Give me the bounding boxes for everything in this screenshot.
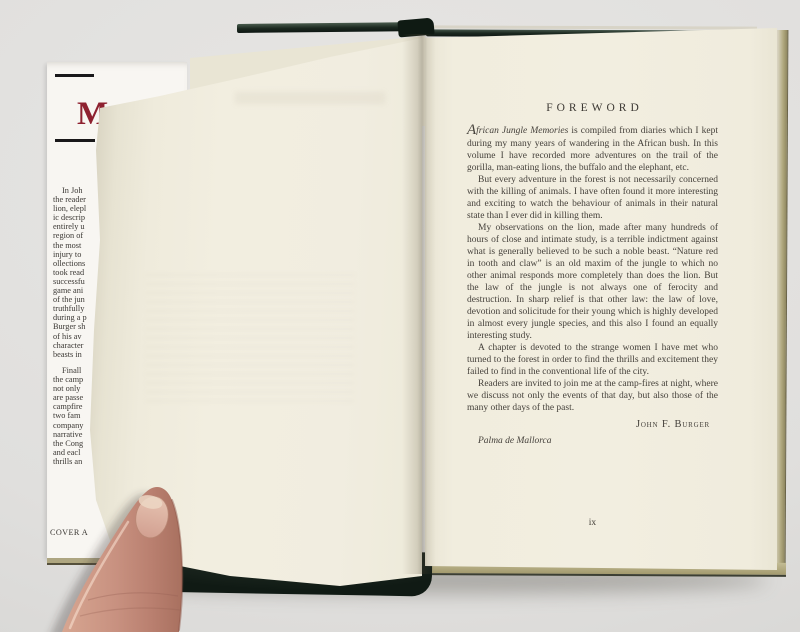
foreword-paragraph: But every adventure in the forest is not… — [467, 174, 718, 222]
page-number: ix — [467, 518, 718, 528]
foreword-paragraph: African Jungle Memories is compiled from… — [467, 123, 718, 174]
show-through-texture — [145, 274, 355, 404]
foreword-paragraph: Readers are invited to join me at the ca… — [467, 378, 718, 414]
flap-rule-top — [55, 74, 94, 77]
cover-spine-corner — [397, 17, 434, 37]
foreword-text-block: FOREWORD African Jungle Memories is comp… — [467, 102, 718, 447]
foreword-paragraph: A chapter is devoted to the strange wome… — [467, 342, 718, 378]
page-title: FOREWORD — [467, 102, 718, 114]
foreword-page: FOREWORD African Jungle Memories is comp… — [425, 28, 777, 570]
show-through-texture — [235, 92, 385, 104]
drop-cap: A — [467, 122, 476, 138]
book-title-italic: frican Jungle Memories — [476, 126, 568, 136]
foreword-paragraph: My observations on the lion, made after … — [467, 222, 718, 342]
author-signature: John F. Burger — [467, 419, 718, 431]
flap-rule-bottom — [55, 139, 95, 142]
place-line: Palma de Mallorca — [467, 435, 718, 447]
thumb — [20, 460, 200, 632]
photo-background: M In Johthe readerlion, eleplic descripe… — [0, 0, 800, 632]
